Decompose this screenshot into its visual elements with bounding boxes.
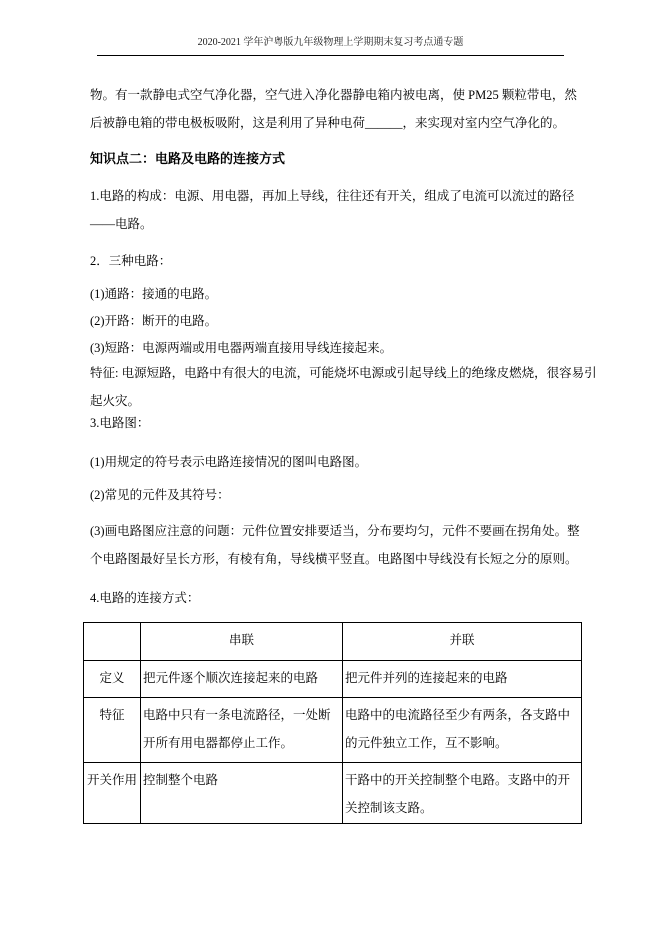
page-header-title: 2020-2021 学年沪粤版九年级物理上学期期末复习考点通专题 [0, 33, 661, 48]
intro-paragraph: 物。有一款静电式空气净化器，空气进入净化器静电箱内被电离，使 PM25 颗粒带电… [90, 81, 577, 137]
row-label-characteristics: 特征 [84, 698, 141, 763]
item3-sub2-text: (2)常见的元件及其符号： [90, 481, 230, 509]
item2-heading-text: 2．三种电路： [90, 247, 171, 275]
document-page: 2020-2021 学年沪粤版九年级物理上学期期末复习考点通专题 物。有一款静电… [0, 0, 661, 935]
row-label-switch-function: 开关作用 [84, 763, 141, 824]
item2-sub1: (1)通路：接通的电路。 [90, 280, 217, 308]
section-heading-text: 知识点二：电路及电路的连接方式 [90, 145, 285, 173]
table-row: 特征 电路中只有一条电流路径，一处断开所有用电器都停止工作。 电路中的电流路径至… [84, 698, 582, 763]
item2-sub3-text: (3)短路：电源两端或用电器两端直接用导线连接起来。 [90, 334, 392, 362]
item4-heading: 4.电路的连接方式： [90, 584, 199, 612]
switch-series-cell: 控制整个电路 [141, 763, 343, 824]
column-header-parallel: 并联 [343, 623, 582, 661]
row-label-definition: 定义 [84, 661, 141, 698]
item3-sub1: (1)用规定的符号表示电路连接情况的图叫电路图。 [90, 448, 367, 476]
item3-heading-text: 3.电路图： [90, 409, 149, 437]
item2-sub2-text: (2)开路：断开的电路。 [90, 307, 217, 335]
item3-sub3-line-1: (3)画电路图应注意的问题：元件位置安排要适当，分布要均匀，元件不要画在拐角处。… [90, 517, 580, 545]
item1-paragraph: 1.电路的构成：电源、用电器，再加上导线，往往还有开关，组成了电流可以流过的路径… [90, 182, 574, 238]
item3-heading: 3.电路图： [90, 409, 149, 437]
characteristics-parallel-cell: 电路中的电流路径至少有两条，各支路中的元件独立工作，互不影响。 [343, 698, 582, 763]
item2-sub3: (3)短路：电源两端或用电器两端直接用导线连接起来。 [90, 334, 392, 362]
item3-sub2: (2)常见的元件及其符号： [90, 481, 230, 509]
series-parallel-comparison-table: 串联 并联 定义 把元件逐个顺次连接起来的电路 把元件并列的连接起来的电路 特征… [83, 622, 582, 824]
item3-sub1-text: (1)用规定的符号表示电路连接情况的图叫电路图。 [90, 448, 367, 476]
definition-parallel-cell: 把元件并列的连接起来的电路 [343, 661, 582, 698]
switch-parallel-cell: 干路中的开关控制整个电路。支路中的开关控制该支路。 [343, 763, 582, 824]
item2-note-paragraph: 特征: 电源短路，电路中有很大的电流，可能烧坏电源或引起导线上的绝缘皮燃烧，很容… [90, 359, 597, 415]
item1-line-2: ——电路。 [90, 210, 574, 238]
table-header-row: 串联 并联 [84, 623, 582, 661]
table-corner-cell [84, 623, 141, 661]
item2-note-line-1: 特征: 电源短路，电路中有很大的电流，可能烧坏电源或引起导线上的绝缘皮燃烧，很容… [90, 359, 597, 387]
item3-sub3-paragraph: (3)画电路图应注意的问题：元件位置安排要适当，分布要均匀，元件不要画在拐角处。… [90, 517, 580, 573]
item4-heading-text: 4.电路的连接方式： [90, 584, 199, 612]
header-divider-line [97, 55, 564, 56]
definition-series-cell: 把元件逐个顺次连接起来的电路 [141, 661, 343, 698]
item3-sub3-line-2: 个电路图最好呈长方形，有棱有角，导线横平竖直。电路图中导线没有长短之分的原则。 [90, 545, 580, 573]
item1-line-1: 1.电路的构成：电源、用电器，再加上导线，往往还有开关，组成了电流可以流过的路径 [90, 182, 574, 210]
item2-heading: 2．三种电路： [90, 247, 171, 275]
table-row: 开关作用 控制整个电路 干路中的开关控制整个电路。支路中的开关控制该支路。 [84, 763, 582, 824]
intro-line-2: 后被静电箱的带电极板吸附，这是利用了异种电荷______，来实现对室内空气净化的… [90, 109, 577, 137]
item2-sub2: (2)开路：断开的电路。 [90, 307, 217, 335]
section-heading: 知识点二：电路及电路的连接方式 [90, 145, 285, 173]
table-row: 定义 把元件逐个顺次连接起来的电路 把元件并列的连接起来的电路 [84, 661, 582, 698]
column-header-series: 串联 [141, 623, 343, 661]
item2-note-line-2: 起火灾。 [90, 387, 597, 415]
characteristics-series-cell: 电路中只有一条电流路径，一处断开所有用电器都停止工作。 [141, 698, 343, 763]
item2-sub1-text: (1)通路：接通的电路。 [90, 280, 217, 308]
intro-line-1: 物。有一款静电式空气净化器，空气进入净化器静电箱内被电离，使 PM25 颗粒带电… [90, 81, 577, 109]
